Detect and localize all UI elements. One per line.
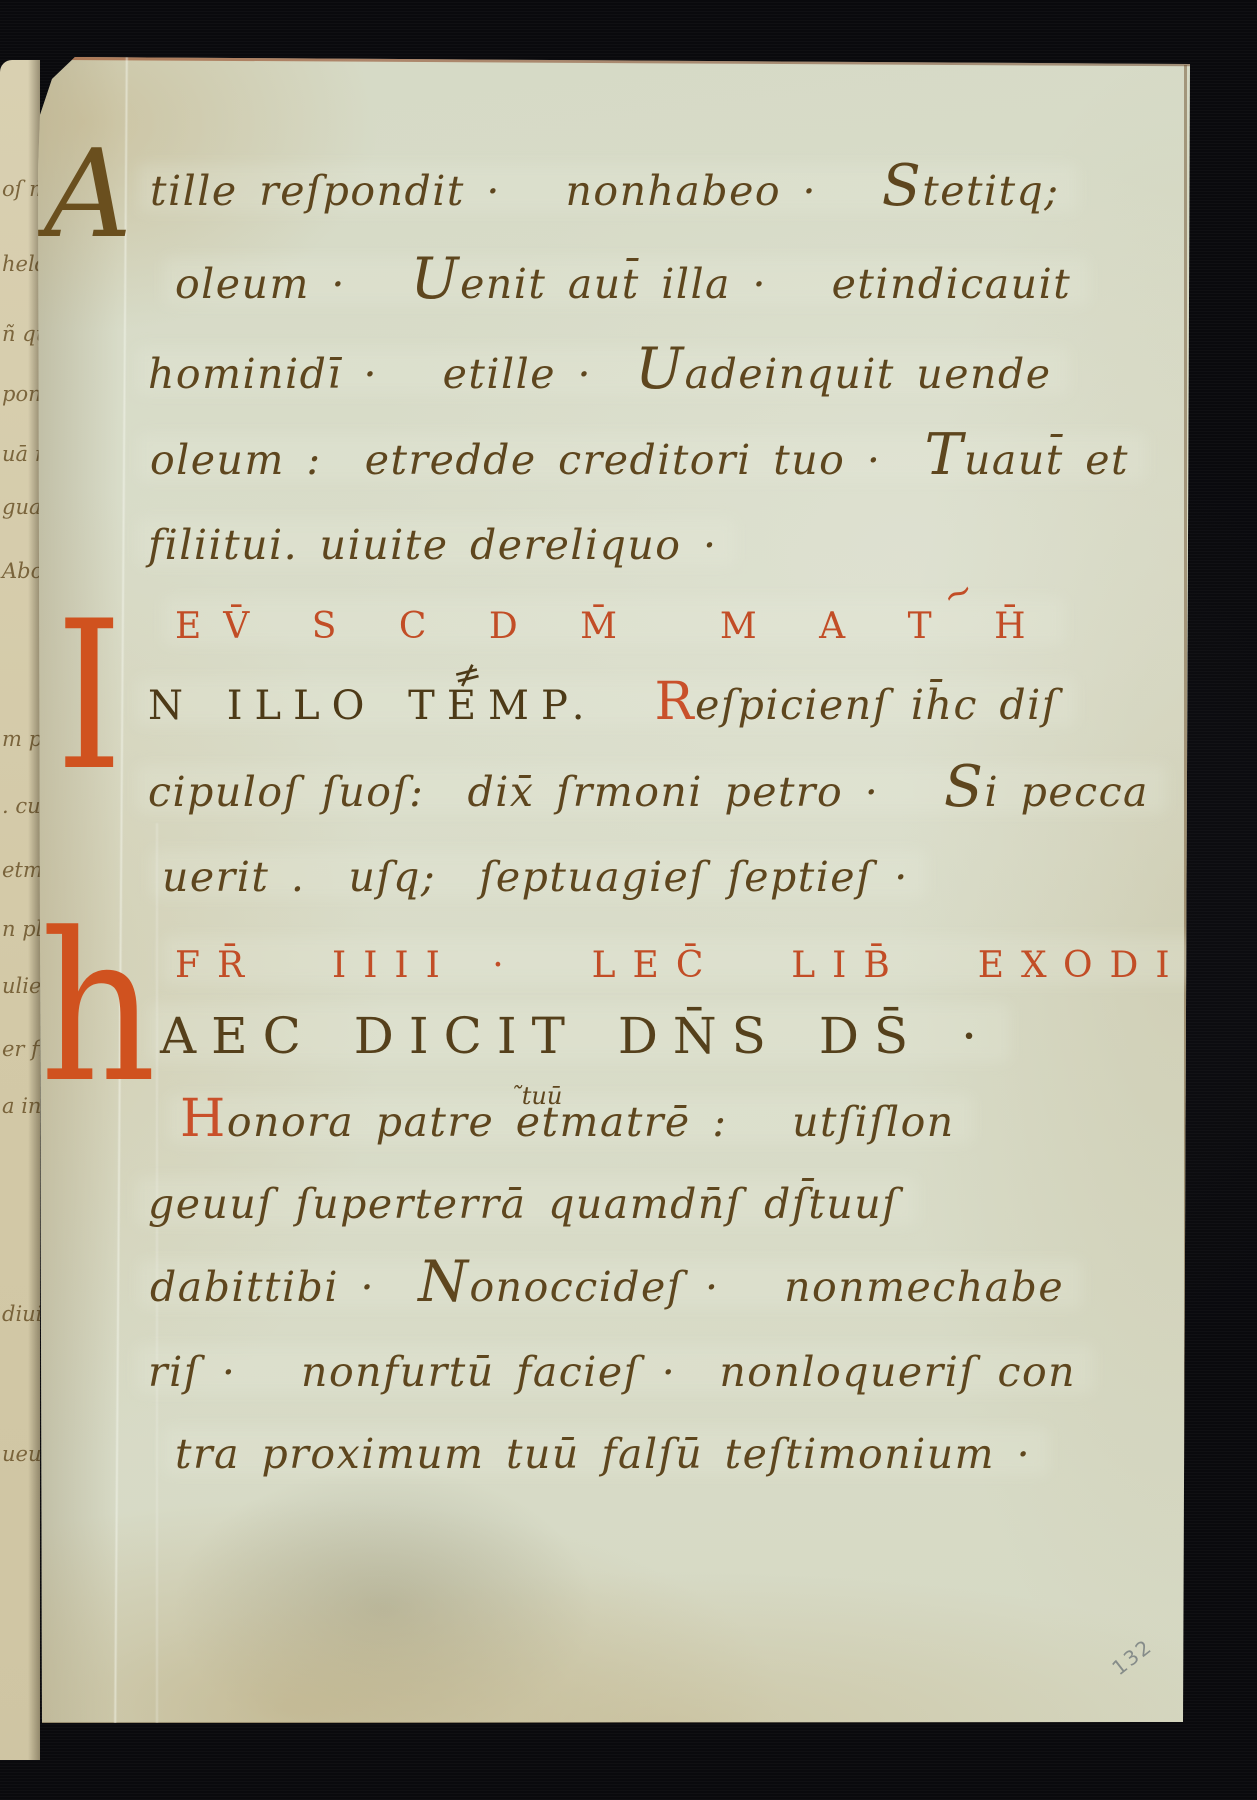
segment-cap: N bbox=[418, 1249, 469, 1315]
segment-body: oleum : etredde creditori tuo · bbox=[150, 436, 924, 484]
previous-page-edge: oſ m̄heldcñ qulpondruā m̄guar ſAbonm pau… bbox=[0, 60, 40, 1760]
margin-fragment: pondr bbox=[2, 382, 40, 406]
segment-body: adeinquit uende bbox=[685, 350, 1052, 398]
segment-cap: U bbox=[635, 336, 685, 402]
text-line-15: riſ · nonfurtū facieſ · nonloqueriſ con bbox=[148, 1348, 1076, 1396]
text-line-8: cipuloſ ſuoſ: dix̄ ſrmoni petro · Si pec… bbox=[148, 768, 1149, 816]
segment-body: tille reſpondit · nonhabeo · bbox=[150, 167, 882, 215]
segment-body: hominidī · etille · bbox=[148, 350, 635, 398]
segment-body: riſ · nonfurtū facieſ · nonloqueriſ con bbox=[148, 1348, 1076, 1396]
margin-fragment: . cummi bbox=[2, 794, 40, 818]
text-line-5: filiitui. uiuite dereliquo · bbox=[148, 521, 718, 569]
segment-caps-red: FR̄ IIII · LEC̄ LIB̄ EXODI. bbox=[175, 945, 1215, 986]
segment-body: filiitui. uiuite dereliquo · bbox=[148, 521, 718, 569]
page-top-edge bbox=[64, 56, 1190, 66]
segment-body: i pecca bbox=[984, 768, 1149, 816]
segment-caps-large: AEC DICIT DN̄S DS̄ · bbox=[160, 1007, 992, 1065]
margin-fragment: uā m̄ bbox=[2, 442, 40, 466]
segment-body: geuuſ ſuperterrā quamdn̄ſ dſ̄tuuſ bbox=[148, 1180, 899, 1228]
margin-fragment: ueul bbox=[2, 1442, 40, 1466]
segment-body: oleum · bbox=[175, 260, 411, 308]
segment-body: tetitq; bbox=[922, 167, 1059, 215]
text-line-9: uerit . uſq; ſeptuagieſ ſeptieſ · bbox=[162, 853, 909, 901]
segment-body: onoccideſ · nonmechabe bbox=[469, 1263, 1064, 1311]
segment-body: onora patre bbox=[227, 1098, 516, 1146]
segment-cap: U bbox=[411, 246, 461, 312]
text-line-13: geuuſ ſuperterrā quamdn̄ſ dſ̄tuuſ bbox=[148, 1180, 899, 1228]
margin-fragment: guar ſ bbox=[2, 495, 40, 519]
margin-fragment: oſ m̄ bbox=[2, 177, 40, 201]
margin-fragment: ñ qul bbox=[2, 322, 40, 346]
margin-fragment: heldc bbox=[2, 252, 40, 276]
segment-body: uerit . uſq; ſeptuagieſ ſeptieſ · bbox=[162, 853, 909, 901]
text-line-4: oleum : etredde creditori tuo · Tuaut̄ e… bbox=[150, 436, 1129, 484]
page-bottom-edge bbox=[40, 1722, 1192, 1725]
text-line-14: dabittibi · Nonoccideſ · nonmechabe bbox=[150, 1263, 1064, 1311]
page-right-edge bbox=[1184, 65, 1187, 1723]
segment-body: dabittibi · bbox=[150, 1263, 418, 1311]
text-line-6: EV̄ S C D M̄ M A T H̄ bbox=[175, 600, 1047, 648]
segment-cap: S bbox=[882, 153, 923, 219]
margin-fragment: n plena bbox=[2, 917, 40, 941]
segment-red-cap: H bbox=[180, 1089, 227, 1149]
text-line-10: FR̄ IIII · LEC̄ LIB̄ EXODI. bbox=[175, 939, 1215, 987]
text-line-11: AEC DICIT DN̄S DS̄ · bbox=[160, 1007, 992, 1065]
margin-fragment: diui bbox=[2, 1302, 40, 1326]
text-line-16: tra proximum tuū falſū teſtimonium · bbox=[175, 1430, 1031, 1478]
margin-fragment: ulier: i bbox=[2, 974, 40, 998]
segment-body: uaut̄ et bbox=[964, 436, 1129, 484]
initial-letter-a: A bbox=[44, 133, 132, 255]
segment-caps-brown: N ILLO TEMP. bbox=[148, 683, 597, 729]
margin-fragment: etminut bbox=[2, 858, 40, 882]
folio-number: 132 bbox=[1107, 1634, 1157, 1680]
text-line-7: N ILLO TEMP.Reſpicienſ ih̄c diſ bbox=[148, 681, 1058, 729]
margin-fragment: a inſun bbox=[2, 1094, 40, 1118]
segment-cap: S bbox=[944, 754, 985, 820]
text-line-12: Honora patre ˜tuūetmatrē : utſiſlon bbox=[180, 1098, 955, 1146]
segment-red-cap: R bbox=[655, 672, 696, 732]
segment-body: enit aut̄ illa · etindicauit bbox=[460, 260, 1071, 308]
text-line-2: oleum · Uenit aut̄ illa · etindicauit bbox=[175, 260, 1071, 308]
manuscript-page: A I h tille reſpondit · nonhabeo · Steti… bbox=[38, 55, 1190, 1725]
segment-body: eſpicienſ ih̄c diſ bbox=[695, 681, 1058, 729]
segment-cap: T bbox=[924, 422, 964, 488]
initial-letter-i: I bbox=[56, 595, 122, 800]
margin-fragment: m pauca bbox=[2, 727, 40, 751]
margin-fragment: er filioſ bbox=[2, 1037, 40, 1061]
initial-letter-h: h bbox=[40, 907, 156, 1112]
text-line-1: tille reſpondit · nonhabeo · Stetitq; bbox=[150, 167, 1060, 215]
text-line-3: hominidī · etille · Uadeinquit uende bbox=[148, 350, 1051, 398]
segment-caps-red: EV̄ S C D M̄ M A T H̄ bbox=[175, 606, 1047, 647]
segment-body: cipuloſ ſuoſ: dix̄ ſrmoni petro · bbox=[148, 768, 944, 816]
segment-body: tra proximum tuū falſū teſtimonium · bbox=[175, 1430, 1031, 1478]
segment-body: etmatrē : utſiſlon bbox=[516, 1098, 955, 1146]
margin-fragment: Abon bbox=[2, 559, 40, 583]
photograph-background: oſ m̄heldcñ qulpondruā m̄guar ſAbonm pau… bbox=[0, 0, 1257, 1800]
